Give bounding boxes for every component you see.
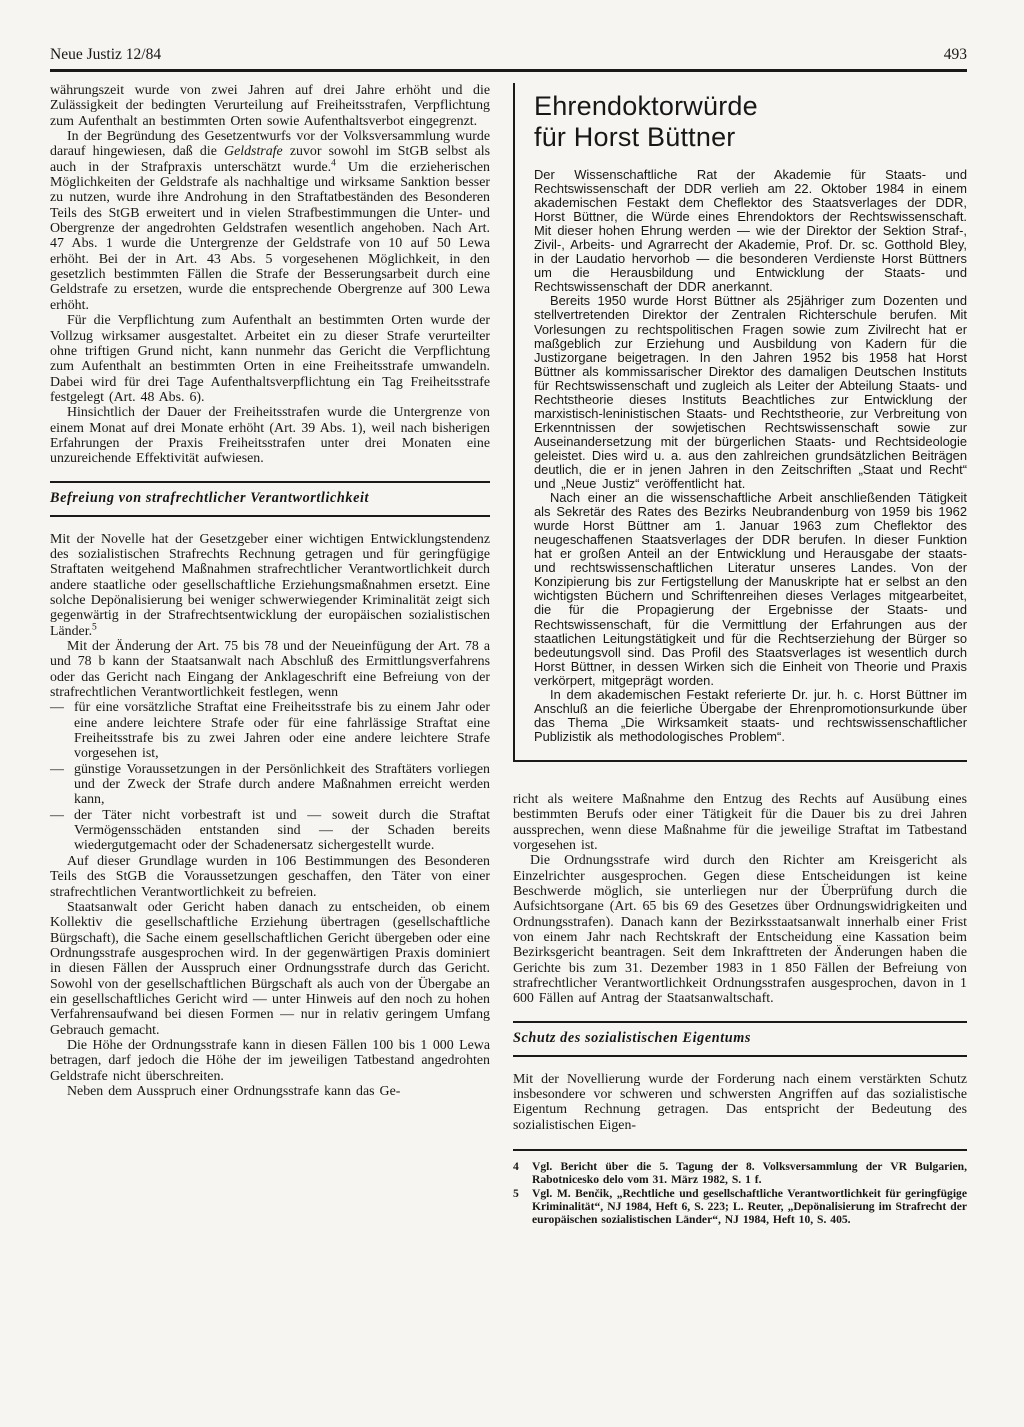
paragraph: Bereits 1950 wurde Horst Büttner als 25j… [534, 294, 967, 491]
italic-term: Geldstrafe [224, 144, 283, 159]
paragraph: Staatsanwalt oder Gericht haben danach z… [50, 900, 490, 1038]
page-header: Neue Justiz 12/84 493 [50, 46, 967, 69]
paragraph: Mit der Novelle hat der Gesetzgeber eine… [50, 532, 490, 639]
list-item-text: für eine vorsätzliche Straftat eine Frei… [74, 700, 490, 761]
article-title-line2: für Horst Büttner [534, 122, 735, 152]
left-column: währungszeit wurde von zwei Jahren auf d… [50, 83, 490, 1228]
paragraph: In der Begründung des Gesetzentwurfs vor… [50, 129, 490, 313]
paragraph: Die Höhe der Ordnungsstrafe kann in dies… [50, 1038, 490, 1084]
article-box: Ehrendoktorwürdefür Horst Büttner Der Wi… [513, 83, 967, 762]
article-continuation: richt als weitere Maßnahme den Entzug de… [513, 792, 967, 1133]
paragraph: Neben dem Ausspruch einer Ordnungsstrafe… [50, 1084, 490, 1099]
section-heading: Befreiung von strafrechtlicher Verantwor… [50, 481, 490, 517]
paragraph: Der Wissenschaftliche Rat der Akademie f… [534, 168, 967, 294]
right-column: Ehrendoktorwürdefür Horst Büttner Der Wi… [513, 83, 967, 1228]
paragraph-text: Mit der Novelle hat der Gesetzgeber eine… [50, 532, 490, 639]
paragraph: Hinsichtlich der Dauer der Freiheitsstra… [50, 405, 490, 466]
paragraph: richt als weitere Maßnahme den Entzug de… [513, 792, 967, 853]
paragraph: Nach einer an die wissenschaftliche Arbe… [534, 491, 967, 688]
paragraph: Mit der Novellierung wurde der Forderung… [513, 1072, 967, 1133]
paragraph: Auf dieser Grundlage wurden in 106 Besti… [50, 854, 490, 900]
paragraph-text: Um die erzieherischen Möglichkeiten der … [50, 160, 490, 313]
paragraph: In dem akademischen Festakt referierte D… [534, 688, 967, 744]
list-item: — der Täter nicht vorbestraft ist und — … [50, 808, 490, 854]
two-column-layout: währungszeit wurde von zwei Jahren auf d… [50, 83, 967, 1228]
footnotes-block: 4 Vgl. Bericht über die 5. Tagung der 8.… [513, 1149, 967, 1226]
footnote-number: 4 [513, 1160, 523, 1186]
section-heading: Schutz des sozialistischen Eigentums [513, 1021, 967, 1057]
paragraph: Mit der Änderung der Art. 75 bis 78 und … [50, 639, 490, 700]
journal-title: Neue Justiz 12/84 [50, 46, 161, 64]
list-item: — für eine vorsätzliche Straftat eine Fr… [50, 700, 490, 761]
article-title-line1: Ehrendoktorwürde [534, 91, 758, 121]
paragraph: Für die Verpflichtung zum Aufenthalt an … [50, 313, 490, 405]
footnote-text: Vgl. Bericht über die 5. Tagung der 8. V… [532, 1160, 967, 1186]
list-item: — günstige Voraussetzungen in der Persön… [50, 762, 490, 808]
footnote-reference: 5 [92, 622, 97, 632]
header-rule [50, 69, 967, 72]
paragraph: Die Ordnungsstrafe wird durch den Richte… [513, 853, 967, 1006]
footnote: 5 Vgl. M. Benčik, „Rechtliche und gesell… [513, 1187, 967, 1226]
footnote: 4 Vgl. Bericht über die 5. Tagung der 8.… [513, 1160, 967, 1186]
paragraph: währungszeit wurde von zwei Jahren auf d… [50, 83, 490, 129]
list-item-text: der Täter nicht vorbestraft ist und — so… [74, 808, 490, 854]
journal-page: Neue Justiz 12/84 493 währungszeit wurde… [0, 0, 1024, 1427]
list-item-text: günstige Voraussetzungen in der Persönli… [74, 762, 490, 808]
page-number: 493 [944, 46, 967, 64]
article-title: Ehrendoktorwürdefür Horst Büttner [534, 91, 967, 153]
footnote-text: Vgl. M. Benčik, „Rechtliche und gesellsc… [532, 1187, 967, 1226]
footnote-number: 5 [513, 1187, 523, 1226]
dash-marker: — [50, 700, 74, 761]
dash-marker: — [50, 762, 74, 808]
dash-marker: — [50, 808, 74, 854]
